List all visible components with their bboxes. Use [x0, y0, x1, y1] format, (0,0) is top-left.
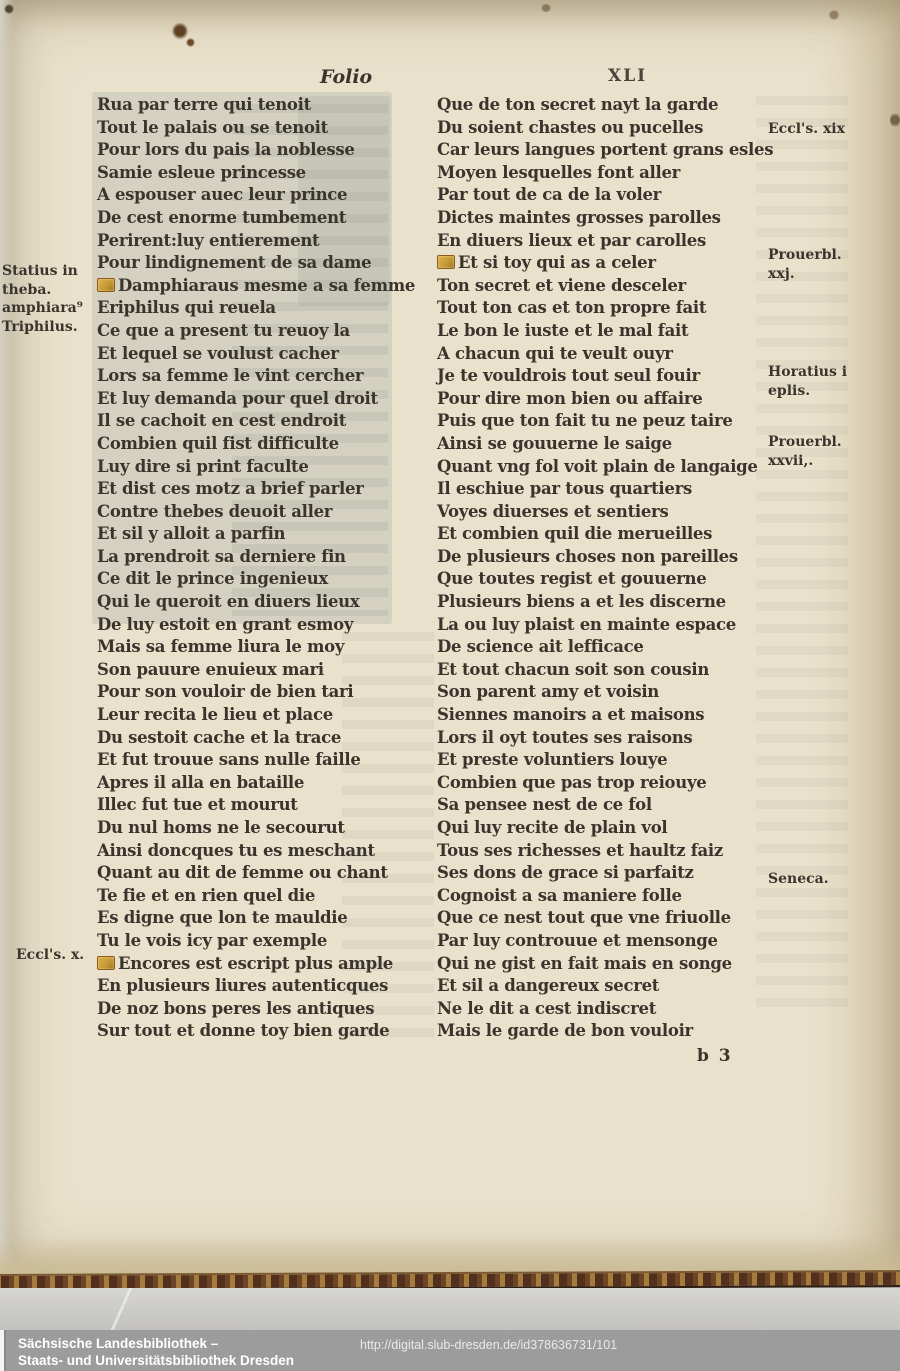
- verse-line: Et combien quil die merueilles: [437, 523, 767, 546]
- verse-line: Que toutes regist et gouuerne: [437, 568, 767, 591]
- verse-text: Car leurs langues portent grans esles: [437, 140, 773, 159]
- verse-text: De cest enorme tumbement: [97, 208, 346, 227]
- verse-line: Sa pensee nest de ce fol: [437, 794, 767, 817]
- verse-line: Leur recita le lieu et place: [97, 704, 397, 727]
- verse-line: Qui le queroit en diuers lieux: [97, 591, 397, 614]
- verse-line: La prendroit sa derniere fin: [97, 546, 397, 569]
- verse-text: Tout ton cas et ton propre fait: [437, 298, 706, 317]
- verse-line: Es digne que lon te mauldie: [97, 907, 397, 930]
- verse-text: Du sestoit cache et la trace: [97, 728, 341, 747]
- verse-text: Puis que ton fait tu ne peuz taire: [437, 411, 733, 430]
- verse-text: Ses dons de grace si parfaitz: [437, 863, 694, 882]
- verse-line: En diuers lieux et par carolles: [437, 230, 767, 253]
- verse-text: Contre thebes deuoit aller: [97, 502, 332, 521]
- verse-text: De plusieurs choses non pareilles: [437, 547, 738, 566]
- verse-line: Le bon le iuste et le mal fait: [437, 320, 767, 343]
- margin-note-seneca: Seneca.: [768, 870, 898, 889]
- verse-text: Et preste voluntiers louye: [437, 750, 667, 769]
- verse-text: Mais sa femme liura le moy: [97, 637, 344, 656]
- verse-text: Leur recita le lieu et place: [97, 705, 333, 724]
- ink-stain: [828, 10, 840, 20]
- library-name: Sächsische Landesbibliothek – Staats- un…: [18, 1335, 294, 1369]
- verse-text: Pour lindignement de sa dame: [97, 253, 371, 272]
- verse-text: Te fie et en rien quel die: [97, 886, 315, 905]
- verse-line: De noz bons peres les antiques: [97, 998, 397, 1021]
- verse-text: De noz bons peres les antiques: [97, 999, 374, 1018]
- verse-text: Sur tout et donne toy bien garde: [97, 1021, 389, 1040]
- verse-line: Et sil a dangereux secret: [437, 975, 767, 998]
- verse-text: En diuers lieux et par carolles: [437, 231, 706, 250]
- verse-line: Sur tout et donne toy bien garde: [97, 1020, 397, 1043]
- margin-note-proverbs-xxj: Prouerbl. xxj.: [768, 246, 898, 283]
- verse-text: De luy estoit en grant esmoy: [97, 615, 353, 634]
- verse-text: Il se cachoit en cest endroit: [97, 411, 346, 430]
- verse-line: A espouser auec leur prince: [97, 184, 397, 207]
- verse-line: Tout ton cas et ton propre fait: [437, 297, 767, 320]
- verse-text: Damphiaraus mesme a sa femme: [118, 276, 415, 295]
- pilcrow-mark: [97, 278, 115, 292]
- running-header-folio-label: Folio: [320, 66, 372, 88]
- verse-text: Dictes maintes grosses parolles: [437, 208, 721, 227]
- verse-line: Je te vouldrois tout seul fouir: [437, 365, 767, 388]
- verse-text: Et lequel se voulust cacher: [97, 344, 339, 363]
- verse-line: Ainsi doncques tu es meschant: [97, 840, 397, 863]
- verse-line: De cest enorme tumbement: [97, 207, 397, 230]
- verse-line: Par luy controuue et mensonge: [437, 930, 767, 953]
- left-text-column: Rua par terre qui tenoitTout le palais o…: [97, 94, 397, 1043]
- verse-text: La prendroit sa derniere fin: [97, 547, 346, 566]
- verse-line: Qui luy recite de plain vol: [437, 817, 767, 840]
- verse-text: Le bon le iuste et le mal fait: [437, 321, 688, 340]
- verse-text: Et luy demanda pour quel droit: [97, 389, 378, 408]
- verse-line: Encores est escript plus ample: [97, 953, 397, 976]
- verse-line: Plusieurs biens a et les discerne: [437, 591, 767, 614]
- verse-text: Et dist ces motz a brief parler: [97, 479, 364, 498]
- footer-left-edge-line: [4, 1330, 6, 1371]
- verse-line: Lors sa femme le vint cercher: [97, 365, 397, 388]
- verse-line: De luy estoit en grant esmoy: [97, 614, 397, 637]
- verse-text: Tous ses richesses et haultz faiz: [437, 841, 723, 860]
- verse-text: De science ait lefficace: [437, 637, 644, 656]
- verse-text: Lors sa femme le vint cercher: [97, 366, 363, 385]
- verse-line: Pour lindignement de sa dame: [97, 252, 397, 275]
- verse-line: Qui ne gist en fait mais en songe: [437, 953, 767, 976]
- margin-note-statius: Statius in theba. amphiara⁹ Triphilus.: [2, 262, 94, 336]
- verse-text: Il eschiue par tous quartiers: [437, 479, 692, 498]
- verse-line: Contre thebes deuoit aller: [97, 501, 397, 524]
- verse-line: Samie esleue princesse: [97, 162, 397, 185]
- verse-line: Cognoist a sa maniere folle: [437, 885, 767, 908]
- verse-line: La ou luy plaist en mainte espace: [437, 614, 767, 637]
- scan-source-url: http://digital.slub-dresden.de/id3786367…: [360, 1338, 617, 1352]
- verse-line: Lors il oyt toutes ses raisons: [437, 727, 767, 750]
- verse-line: Et fut trouue sans nulle faille: [97, 749, 397, 772]
- verse-line: Par tout de ca de la voler: [437, 184, 767, 207]
- verse-line: Siennes manoirs a et maisons: [437, 704, 767, 727]
- verse-text: Du nul homs ne le secourut: [97, 818, 345, 837]
- verse-line: Il se cachoit en cest endroit: [97, 410, 397, 433]
- verse-line: Ce dit le prince ingenieux: [97, 568, 397, 591]
- verse-text: Et fut trouue sans nulle faille: [97, 750, 361, 769]
- verse-text: Siennes manoirs a et maisons: [437, 705, 704, 724]
- verse-text: Ne le dit a cest indiscret: [437, 999, 656, 1018]
- verse-line: De science ait lefficace: [437, 636, 767, 659]
- verse-line: Mais sa femme liura le moy: [97, 636, 397, 659]
- verse-line: Illec fut tue et mourut: [97, 794, 397, 817]
- verse-text: Ainsi se gouuerne le saige: [437, 434, 672, 453]
- verse-line: Quant au dit de femme ou chant: [97, 862, 397, 885]
- verse-text: Qui ne gist en fait mais en songe: [437, 954, 732, 973]
- verse-line: Pour dire mon bien ou affaire: [437, 388, 767, 411]
- verse-text: A espouser auec leur prince: [97, 185, 347, 204]
- verse-text: Mais le garde de bon vouloir: [437, 1021, 693, 1040]
- verse-line: Quant vng fol voit plain de langaige: [437, 456, 767, 479]
- verse-text: Perirent:luy entierement: [97, 231, 319, 250]
- verse-line: Moyen lesquelles font aller: [437, 162, 767, 185]
- verse-text: Ce dit le prince ingenieux: [97, 569, 328, 588]
- verse-text: Illec fut tue et mourut: [97, 795, 298, 814]
- margin-note-ecclesiasticus-xix: Eccl's. xix: [768, 120, 898, 139]
- verse-text: Du soient chastes ou pucelles: [437, 118, 703, 137]
- verse-text: Que toutes regist et gouuerne: [437, 569, 706, 588]
- verse-line: Il eschiue par tous quartiers: [437, 478, 767, 501]
- verse-line: Ton secret et viene desceler: [437, 275, 767, 298]
- verse-line: Mais le garde de bon vouloir: [437, 1020, 767, 1043]
- verse-line: Damphiaraus mesme a sa femme: [97, 275, 397, 298]
- ink-stain: [186, 38, 195, 47]
- verse-text: Voyes diuerses et sentiers: [437, 502, 668, 521]
- verse-line: Tous ses richesses et haultz faiz: [437, 840, 767, 863]
- verse-line: Dictes maintes grosses parolles: [437, 207, 767, 230]
- verse-text: Qui le queroit en diuers lieux: [97, 592, 359, 611]
- verse-text: Plusieurs biens a et les discerne: [437, 592, 726, 611]
- verse-text: Et tout chacun soit son cousin: [437, 660, 709, 679]
- verse-line: Voyes diuerses et sentiers: [437, 501, 767, 524]
- verse-line: Te fie et en rien quel die: [97, 885, 397, 908]
- verse-text: Ainsi doncques tu es meschant: [97, 841, 375, 860]
- quire-signature-mark: b 3: [697, 1046, 733, 1066]
- verse-text: Qui luy recite de plain vol: [437, 818, 667, 837]
- verse-line: Ce que a present tu reuoy la: [97, 320, 397, 343]
- table-background: [0, 1288, 900, 1330]
- verse-text: Par tout de ca de la voler: [437, 185, 661, 204]
- verse-text: Son pauure enuieux mari: [97, 660, 324, 679]
- verse-text: Tu le vois icy par exemple: [97, 931, 327, 950]
- verse-text: A chacun qui te veult ouyr: [437, 344, 673, 363]
- right-text-column: Que de ton secret nayt la gardeDu soient…: [437, 94, 767, 1043]
- verse-line: Et dist ces motz a brief parler: [97, 478, 397, 501]
- verse-text: Apres il alla en bataille: [97, 773, 304, 792]
- verse-text: Moyen lesquelles font aller: [437, 163, 680, 182]
- running-header-folio-number: XLI: [608, 66, 647, 86]
- verse-text: Par luy controuue et mensonge: [437, 931, 718, 950]
- verse-text: Et sil y alloit a parfin: [97, 524, 285, 543]
- verse-text: Que de ton secret nayt la garde: [437, 95, 718, 114]
- margin-note-horatius: Horatius i eplis.: [768, 363, 898, 400]
- verse-line: Combien que pas trop reiouye: [437, 772, 767, 795]
- verse-text: Pour dire mon bien ou affaire: [437, 389, 702, 408]
- verse-text: Luy dire si print faculte: [97, 457, 309, 476]
- pilcrow-mark: [437, 255, 455, 269]
- verse-line: Tu le vois icy par exemple: [97, 930, 397, 953]
- verse-text: Combien que pas trop reiouye: [437, 773, 706, 792]
- verse-text: Eriphilus qui reuela: [97, 298, 276, 317]
- verse-line: Du nul homs ne le secourut: [97, 817, 397, 840]
- page-gutter-shading: [0, 0, 14, 1274]
- verse-text: Et sil a dangereux secret: [437, 976, 659, 995]
- verse-text: Son parent amy et voisin: [437, 682, 659, 701]
- verse-text: Lors il oyt toutes ses raisons: [437, 728, 692, 747]
- book-page-scan: Folio XLI Rua par terre qui tenoitTout l…: [0, 0, 900, 1274]
- verse-line: Et preste voluntiers louye: [437, 749, 767, 772]
- verse-line: Ainsi se gouuerne le saige: [437, 433, 767, 456]
- verse-line: Que de ton secret nayt la garde: [437, 94, 767, 117]
- verse-line: Du sestoit cache et la trace: [97, 727, 397, 750]
- verse-text: Pour lors du pais la noblesse: [97, 140, 355, 159]
- verse-text: Ce que a present tu reuoy la: [97, 321, 350, 340]
- verse-text: Quant vng fol voit plain de langaige: [437, 457, 758, 476]
- verse-text: En plusieurs liures autenticques: [97, 976, 388, 995]
- verse-text: Je te vouldrois tout seul fouir: [437, 366, 700, 385]
- verse-text: Sa pensee nest de ce fol: [437, 795, 652, 814]
- verse-line: Perirent:luy entierement: [97, 230, 397, 253]
- margin-note-ecclesiasticus-x: Eccl's. x.: [16, 946, 96, 965]
- verse-text: Cognoist a sa maniere folle: [437, 886, 682, 905]
- verse-line: Pour son vouloir de bien tari: [97, 681, 397, 704]
- verse-line: Car leurs langues portent grans esles: [437, 139, 767, 162]
- verse-text: Que ce nest tout que vne friuolle: [437, 908, 731, 927]
- verse-text: Tout le palais ou se tenoit: [97, 118, 328, 137]
- verse-line: Combien quil fist difficulte: [97, 433, 397, 456]
- verse-line: Luy dire si print faculte: [97, 456, 397, 479]
- verse-line: Du soient chastes ou pucelles: [437, 117, 767, 140]
- verse-text: Ton secret et viene desceler: [437, 276, 686, 295]
- verse-line: Pour lors du pais la noblesse: [97, 139, 397, 162]
- margin-note-proverbs-xxvii: Prouerbl. xxvii,.: [768, 433, 898, 470]
- verse-text: Quant au dit de femme ou chant: [97, 863, 388, 882]
- verse-line: De plusieurs choses non pareilles: [437, 546, 767, 569]
- verse-line: Apres il alla en bataille: [97, 772, 397, 795]
- verse-line: Et sil y alloit a parfin: [97, 523, 397, 546]
- verse-line: Et tout chacun soit son cousin: [437, 659, 767, 682]
- verse-text: Es digne que lon te mauldie: [97, 908, 347, 927]
- verse-text: La ou luy plaist en mainte espace: [437, 615, 736, 634]
- verse-line: Tout le palais ou se tenoit: [97, 117, 397, 140]
- library-attribution-bar: Sächsische Landesbibliothek – Staats- un…: [0, 1330, 900, 1371]
- pilcrow-mark: [97, 956, 115, 970]
- verse-text: Encores est escript plus ample: [118, 954, 393, 973]
- verse-text: Pour son vouloir de bien tari: [97, 682, 353, 701]
- verse-line: Son pauure enuieux mari: [97, 659, 397, 682]
- verse-line: Eriphilus qui reuela: [97, 297, 397, 320]
- verse-line: A chacun qui te veult ouyr: [437, 343, 767, 366]
- verse-line: Et lequel se voulust cacher: [97, 343, 397, 366]
- verse-line: Et luy demanda pour quel droit: [97, 388, 397, 411]
- verse-text: Samie esleue princesse: [97, 163, 306, 182]
- verse-text: Et combien quil die merueilles: [437, 524, 712, 543]
- ink-stain: [172, 22, 188, 40]
- verse-line: Et si toy qui as a celer: [437, 252, 767, 275]
- ink-stain: [540, 4, 552, 12]
- verse-text: Rua par terre qui tenoit: [97, 95, 311, 114]
- verse-text: Combien quil fist difficulte: [97, 434, 339, 453]
- verse-line: Puis que ton fait tu ne peuz taire: [437, 410, 767, 433]
- verse-line: Ne le dit a cest indiscret: [437, 998, 767, 1021]
- verse-line: Son parent amy et voisin: [437, 681, 767, 704]
- verse-line: Que ce nest tout que vne friuolle: [437, 907, 767, 930]
- verse-line: En plusieurs liures autenticques: [97, 975, 397, 998]
- verse-line: Rua par terre qui tenoit: [97, 94, 397, 117]
- verse-text: Et si toy qui as a celer: [458, 253, 656, 272]
- verse-line: Ses dons de grace si parfaitz: [437, 862, 767, 885]
